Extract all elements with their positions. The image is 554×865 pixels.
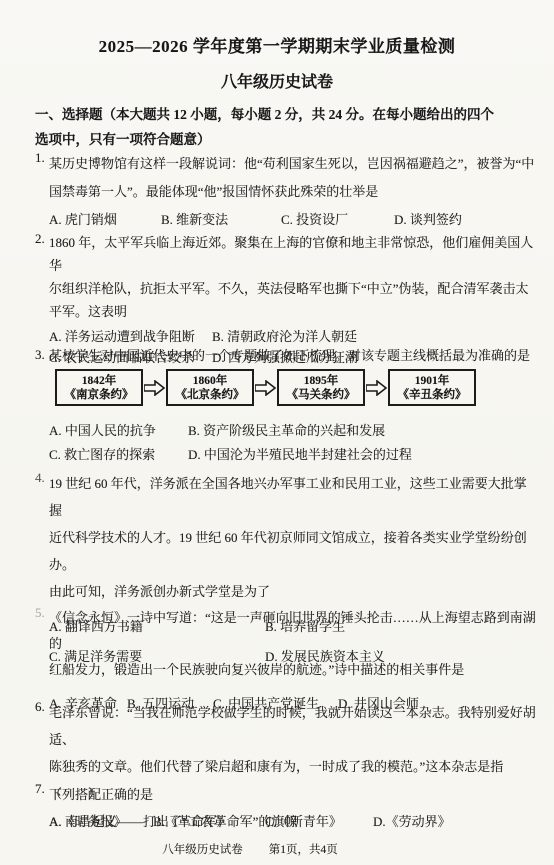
option-d: D. 中国沦为半殖民地半封建社会的过程 xyxy=(188,443,537,467)
timeline-treaty: 《辛丑条约》 xyxy=(398,388,467,402)
question-3: 3. 某校学生对中国近代史中的一个专题做了如下梳理。对该专题主线概括最为准确的是… xyxy=(35,347,537,467)
options-grid: A. 中国人民的抗争 B. 资产阶级民主革命的兴起和发展 C. 救亡图存的探索 … xyxy=(49,419,537,467)
question-number: 3. xyxy=(35,347,45,363)
arrow-right-icon xyxy=(366,380,387,396)
option-a: A. 中国人民的抗争 xyxy=(49,419,188,443)
option-d: D. 谈判签约 xyxy=(394,206,462,233)
options-row: A. 虎门销烟 B. 维新变法 C. 投资设厂 D. 谈判签约 xyxy=(49,206,537,233)
question-text: 某历史博物馆有这样一段解说词：他“苟利国家生死以，岂因祸福避趋之”，被誉为“中 … xyxy=(49,150,537,206)
arrow-right-icon xyxy=(255,380,276,396)
question-text: 下列搭配正确的是 xyxy=(49,781,537,808)
option-b: B. 资产阶级民主革命的兴起和发展 xyxy=(188,419,537,443)
question-text: 19 世纪 60 年代，洋务派在全国各地兴办军事工业和民用工业，这些工业需要大批… xyxy=(49,470,537,605)
timeline-box-1901: 1901年 《辛丑条约》 xyxy=(388,369,476,406)
question-number: 5. xyxy=(35,605,45,621)
footer-page-number: 第1页，共4页 xyxy=(269,841,338,857)
question-number: 4. xyxy=(35,470,45,486)
question-5: 5. 《信念永恒》一诗中写道：“这是一声砸向旧世界的锤头抡击……从上海望志路到南… xyxy=(35,605,537,712)
options-row: A. 南昌起义——打出了“工农革命军”的旗帜 xyxy=(49,808,537,835)
page-subtitle: 八年级历史试卷 xyxy=(0,69,554,92)
timeline-year: 1860年 xyxy=(193,374,228,388)
timeline-box-1860: 1860年 《北京条约》 xyxy=(166,369,254,406)
page-title: 2025—2026 学年度第一学期期末学业质量检测 xyxy=(0,32,554,57)
question-7: 7. 下列搭配正确的是 A. 南昌起义——打出了“工农革命军”的旗帜 xyxy=(35,781,537,835)
footer-doc-label: 八年级历史试卷 xyxy=(162,841,243,857)
timeline-box-1842: 1842年 《南京条约》 xyxy=(55,369,143,406)
timeline-year: 1895年 xyxy=(304,374,339,388)
question-number: 7. xyxy=(35,781,45,797)
option-b: B. 维新变法 xyxy=(161,206,281,233)
timeline-treaty: 《北京条约》 xyxy=(176,388,245,402)
treaty-timeline: 1842年 《南京条约》 1860年 《北京条约》 1895年 《马关条约》 1… xyxy=(55,369,537,406)
question-number: 6. xyxy=(35,699,45,715)
section-header: 一、选择题（本大题共 12 小题，每小题 2 分，共 24 分。在每小题给出的四… xyxy=(35,102,537,152)
page-footer: 八年级历史试卷 第1页，共4页 xyxy=(0,841,527,857)
question-number: 1. xyxy=(35,150,45,166)
timeline-year: 1842年 xyxy=(82,374,117,388)
option-a: A. 虎门销烟 xyxy=(49,206,161,233)
question-number: 2. xyxy=(35,231,45,247)
timeline-treaty: 《南京条约》 xyxy=(65,388,134,402)
timeline-year: 1901年 xyxy=(415,374,450,388)
question-text: 某校学生对中国近代史中的一个专题做了如下梳理。对该专题主线概括最为准确的是 xyxy=(49,347,537,365)
question-1: 1. 某历史博物馆有这样一段解说词：他“苟利国家生死以，岂因祸福避趋之”，被誉为… xyxy=(35,150,537,233)
exam-paper-page: 2025—2026 学年度第一学期期末学业质量检测 八年级历史试卷 一、选择题（… xyxy=(0,0,554,865)
option-c: C. 救亡图存的探索 xyxy=(49,443,188,467)
option-a: A. 洋务运动遭到战争阻断 xyxy=(49,326,212,347)
arrow-right-icon xyxy=(144,380,165,396)
option-b: B. 清朝政府沦为洋人朝廷 xyxy=(212,326,537,347)
question-text: 《信念永恒》一诗中写道：“这是一声砸向旧世界的锤头抡击……从上海望志路到南湖的 … xyxy=(49,605,537,683)
option-a: A. 南昌起义——打出了“工农革命军”的旗帜 xyxy=(49,808,297,835)
option-c: C. 投资设厂 xyxy=(281,206,394,233)
timeline-box-1895: 1895年 《马关条约》 xyxy=(277,369,365,406)
timeline-treaty: 《马关条约》 xyxy=(287,388,356,402)
question-text: 1860 年，太平军兵临上海近郊。聚集在上海的官僚和地主非常惊恐，他们雇佣美国人… xyxy=(49,231,537,323)
